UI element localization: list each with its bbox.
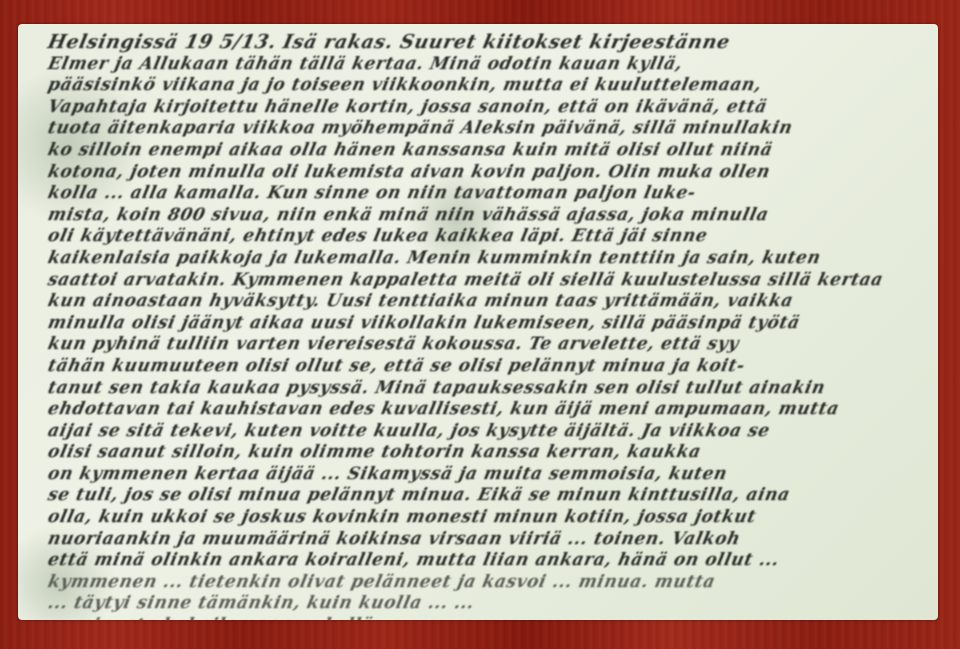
handwritten-text: Helsingissä 19 5/13. Isä rakas. Suuret k… — [48, 32, 918, 620]
letter-line: kun ainoastaan hyväksytty. Uusi tenttiai… — [46, 291, 921, 313]
handwritten-postcard: Helsingissä 19 5/13. Isä rakas. Suuret k… — [18, 24, 938, 620]
letter-line: kymmenen ... tietenkin olivat pelänneet … — [46, 572, 921, 594]
letter-line: aijai se sitä tekevi, kuten voitte kuull… — [46, 421, 921, 443]
letter-line: olisi saanut silloin, kuin olimme tohtor… — [46, 442, 921, 464]
letter-line: saattoi arvatakin. Kymmenen kappaletta m… — [46, 270, 921, 292]
letter-line: ko silloin enempi aikaa olla hänen kanss… — [46, 140, 921, 162]
letter-line: kaikenlaisia paikkoja ja lukemalla. Meni… — [46, 248, 921, 270]
letter-line: tanut sen takia kaukaa pysyssä. Minä tap… — [46, 378, 921, 400]
letter-line: ... minusta kokoilemaan ... kyllä ... ..… — [46, 615, 921, 620]
letter-line: kun pyhinä tulliin varten viereisestä ko… — [46, 334, 921, 356]
letter-line: Vapahtaja kirjoitettu hänelle kortin, jo… — [46, 97, 921, 119]
letter-line: se tuli, jos se olisi minua pelännyt min… — [46, 485, 921, 507]
letter-line: että minä olinkin ankara koiralleni, mut… — [46, 550, 921, 572]
letter-line: kotona, joten minulla oli lukemista aiva… — [46, 162, 921, 184]
letter-line: tähän kuumuuteen olisi ollut se, että se… — [46, 356, 921, 378]
letter-line: mista, koin 800 sivua, niin enkä minä ni… — [46, 205, 921, 227]
letter-line: ehdottavan tai kauhistavan edes kuvallis… — [46, 399, 921, 421]
letter-line: pääsisinkö viikana ja jo toiseen viikkoo… — [46, 75, 921, 97]
letter-line: ... täytyi sinne tämänkin, kuin kuolla .… — [46, 593, 921, 615]
letter-line: oli käytettävänäni, ehtinyt edes lukea k… — [46, 226, 921, 248]
letter-line: Elmer ja Allukaan tähän tällä kertaa. Mi… — [46, 54, 921, 76]
letter-line: on kymmenen kertaa äijää ... Sikamyssä j… — [46, 464, 921, 486]
letter-line: kolla ... alla kamalla. Kun sinne on nii… — [46, 183, 921, 205]
letter-line: minulla olisi jäänyt aikaa uusi viikolla… — [46, 313, 921, 335]
letter-line: olla, kuin ukkoi se joskus kovinkin mone… — [46, 507, 921, 529]
letter-heading: Helsingissä 19 5/13. Isä rakas. Suuret k… — [46, 32, 921, 54]
letter-line: nuoriaankin ja muumäärinä koikinsa virsa… — [46, 529, 921, 551]
letter-line: tuota äitenkaparia viikkoa myöhempänä Al… — [46, 118, 921, 140]
